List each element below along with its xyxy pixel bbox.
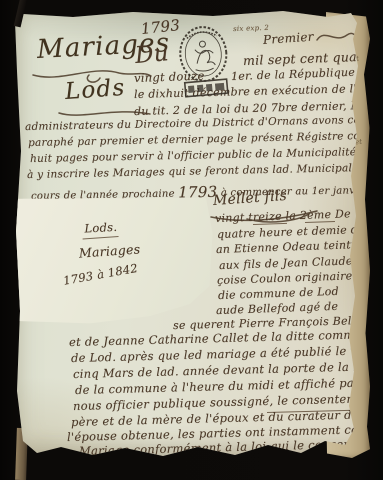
wrapper-type-label: Mariages [78,241,140,260]
revenue-stamp-icon [168,21,240,102]
wrapper-commune-label: Lods. [84,220,117,236]
folio-label: Premier [263,29,315,47]
register-page: Mariages Lods 1793 six exp. 2 Premier Du… [13,11,370,458]
cover-line-initial: Du [134,40,170,69]
scanned-register-photo: et et Mariages Lods 1793 six exp. 2 Prem… [0,0,383,480]
ink-underline [253,223,287,225]
wrapper-years-label: 1793 à 1842 [62,261,139,288]
archive-note: six exp. 2 [233,24,269,33]
commune-title: Lods [64,75,126,105]
archival-wrapper-sheet: Lods. Mariages 1793 à 1842 [12,195,214,324]
cover-line: le dixhuit décembre en exécution de l'ar… [134,81,383,101]
cover-line: à y inscrire les Mariages qui se feront … [27,161,383,181]
ink-underline [83,236,119,240]
